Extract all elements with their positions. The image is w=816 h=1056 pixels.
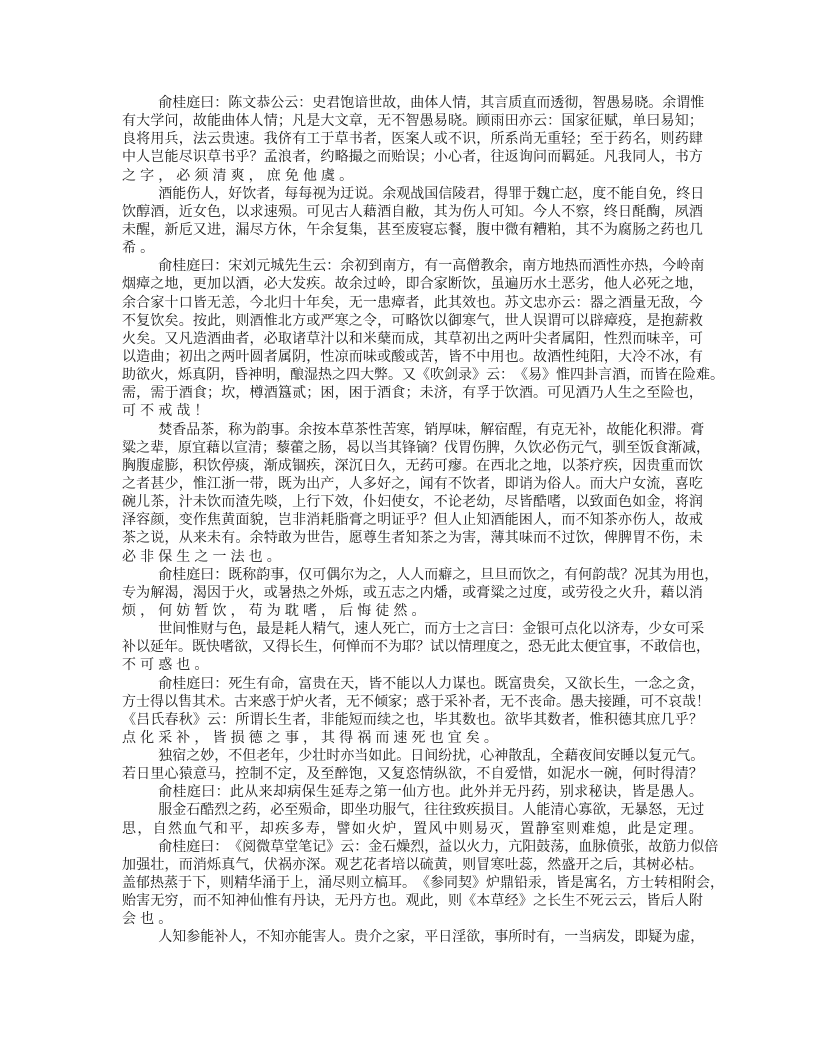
text-line: 俞桂庭曰：陈文恭公云：史君饱谙世故，曲体人情，其言质直而透彻，智愚易晓。余谓惟 [122,94,703,112]
text-line: 俞桂庭曰：死生有命，富贵在天，皆不能以人力谋也。既富贵矣，又欲长生，一念之贪， [122,675,703,693]
text-line: 专为解渴，渴因于火，或暑热之外烁，或五志之内燔，或膏粱之过度，或劳役之火升，藉以… [122,584,703,602]
text-line: 粱之辈，原宜藉以宣清；藜藿之肠，曷以当其锋镝？伐胃伤脾，久饮必伤元气，驯至饭食渐… [122,439,703,457]
text-line: 可不戒哉！ [122,402,703,420]
paragraph: 焚香品茶，称为韵事。余按本草茶性苦寒，销厚味，解宿酲，有克无补，故能化积滞。膏粱… [122,421,703,566]
text-line: 贻害无穷，而不知神仙惟有丹诀，无丹方也。观此，则《本草经》之长生不死云云，皆后人… [122,892,703,910]
document-page: 俞桂庭曰：陈文恭公云：史君饱谙世故，曲体人情，其言质直而透彻，智愚易晓。余谓惟有… [122,94,703,947]
paragraph: 俞桂庭曰：陈文恭公云：史君饱谙世故，曲体人情，其言质直而透彻，智愚易晓。余谓惟有… [122,94,703,185]
text-line: 《吕氏春秋》云：所谓长生者，非能短而续之也，毕其数也。欲毕其数者，惟积德其庶几乎… [122,711,703,729]
text-line: 胸腹虚膨，积饮停痰，渐成锢疾，深沉日久，无药可瘳。在西北之地，以茶疗疾，因贵重而… [122,457,703,475]
text-line: 独宿之妙，不但老年，少壮时亦当如此。日间纷扰，心神散乱，全藉夜间安睡以复元气。 [122,747,703,765]
text-line: 饮醇酒，近女色，以求速殒。可见古人藉酒自敝，其为伤人可知。今人不察，终日酕醄，夙… [122,203,703,221]
text-line: 中人岂能尽识草书乎？孟浪者，约略撮之而贻误；小心者，往返询问而羁延。凡我同人，书… [122,148,703,166]
paragraph: 俞桂庭曰：既称韵事，仅可偶尔为之，人人而癖之，旦旦而饮之，有何韵哉？况其为用也，… [122,566,703,620]
text-line: 茶之说，从来未有。余特敢为世告，愿尊生者知茶之为害，薄其味而不过饮，俾脾胃不伤，… [122,529,703,547]
text-line: 不可惑也。 [122,656,703,674]
text-line: 会也。 [122,910,703,928]
paragraph: 俞桂庭曰：宋刘元城先生云：余初到南方，有一高僧教余，南方地热而酒性亦热，今岭南烟… [122,257,703,420]
text-line: 碗儿茶，汁未饮而渣先啖，上行下效，仆妇使女，不论老幼，尽皆酷嗜，以致面色如金，将… [122,493,703,511]
text-line: 需，需于酒食；坎，樽酒簋贰；困，困于酒食；未济，有孚于饮酒。可见酒乃人生之至险也… [122,384,703,402]
text-line: 加强壮，而消烁真气，伏祸亦深。观艺花者培以硫黄，则冒寒吐蕊，然盛开之后，其树必枯… [122,856,703,874]
text-line: 俞桂庭曰：此从来却病保生延寿之第一仙方也。此外并无丹药，别求秘诀，皆是愚人。 [122,783,703,801]
text-line: 泽容颜，变作焦黄面貌，岂非消耗脂膏之明证乎？但人止知酒能困人，而不知茶亦伤人，故… [122,511,703,529]
text-line: 助欲火，烁真阴，昏神明，酿湿热之四大弊。又《吹剑录》云：《易》惟四卦言酒，而皆在… [122,366,703,384]
text-line: 之者甚少，惟江浙一带，既为出产，人多好之，闻有不饮者，即诮为俗人。而大户女流，喜… [122,475,703,493]
text-line: 烟瘴之地，更加以酒，必大发疾。故余过岭，即合家断饮，虽遍历水土恶劣，他人必死之地… [122,275,703,293]
paragraph: 俞桂庭曰：《阅微草堂笔记》云：金石燥烈，益以火力，亢阳鼓荡，血脉偾张，故筋力似倍… [122,838,703,929]
text-line: 以造曲；初出之两叶圆者属阴，性凉而味或酸或苦，皆不中用也。故酒性纯阳，大冷不冰，… [122,348,703,366]
paragraph: 俞桂庭曰：死生有命，富贵在天，皆不能以人力谋也。既富贵矣，又欲长生，一念之贪，方… [122,675,703,748]
text-line: 点化采补，皆损德之事，其得祸而速死也宜矣。 [122,729,703,747]
text-line: 若日里心猿意马，控制不定，及至醉饱，又复恣情纵欲，不自爱惜，如泥水一碗，何时得清… [122,765,703,783]
text-line: 焚香品茶，称为韵事。余按本草茶性苦寒，销厚味，解宿酲，有克无补，故能化积滞。膏 [122,421,703,439]
text-line: 未醒，新卮又进，漏尽方休，午余复集，甚至废寝忘餐，腹中微有糟粕，其不为腐肠之药也… [122,221,703,239]
text-line: 人知参能补人，不知亦能害人。贵介之家，平日淫欲，事所时有，一当病发，即疑为虚， [122,928,703,946]
paragraph: 人知参能补人，不知亦能害人。贵介之家，平日淫欲，事所时有，一当病发，即疑为虚， [122,928,703,946]
text-line: 酒能伤人，好饮者，每每视为迂说。余观战国信陵君，得罪于魏亡赵，度不能自免，终日 [122,185,703,203]
text-line: 方士得以售其术。古来惑于炉火者，无不倾家；惑于采补者，无不丧命。愚夫接踵，可不哀… [122,693,703,711]
text-line: 补以延年。既快嗜欲，又得长生，何惮而不为耶？试以情理度之，恐无此太便宜事，不敢信… [122,638,703,656]
text-line: 俞桂庭曰：既称韵事，仅可偶尔为之，人人而癖之，旦旦而饮之，有何韵哉？况其为用也， [122,566,703,584]
text-line: 不复饮矣。按此，则酒惟北方或严寒之令，可略饮以御寒气，世人误谓可以辟瘴疫，是抱薪… [122,312,703,330]
paragraph: 服金石酷烈之药，必至殒命，即坐功服气，往往致疾损目。人能清心寡欲，无暴怒，无过思… [122,801,703,837]
text-line: 服金石酷烈之药，必至殒命，即坐功服气，往往致疾损目。人能清心寡欲，无暴怒，无过 [122,801,703,819]
text-line: 俞桂庭曰：《阅微草堂笔记》云：金石燥烈，益以火力，亢阳鼓荡，血脉偾张，故筋力似倍 [122,838,703,856]
text-line: 思，自然血气和平，却疾多寿，譬如火炉，置风中则易灭，置静室则难熄，此是定理。 [122,820,703,838]
text-line: 余合家十口皆无恙，今北归十年矣，无一患瘴者，此其效也。苏文忠亦云：器之酒量无敌，… [122,294,703,312]
paragraph: 世间惟财与色，最是耗人精气，速人死亡，而方士之言曰：金银可点化以济寿，少女可采补… [122,620,703,674]
text-line: 良将用兵，法云贵速。我侪有工于草书者，医案人或不识，所系尚无重轻；至于药名，则药… [122,130,703,148]
text-line: 希。 [122,239,703,257]
text-line: 俞桂庭曰：宋刘元城先生云：余初到南方，有一高僧教余，南方地热而酒性亦热，今岭南 [122,257,703,275]
text-line: 盖郁热蒸于下，则精华涌于上，涌尽则立槁耳。《参同契》炉鼎铅汞，皆是寓名，方士转相… [122,874,703,892]
paragraph: 独宿之妙，不但老年，少壮时亦当如此。日间纷扰，心神散乱，全藉夜间安睡以复元气。若… [122,747,703,783]
text-line: 烦，何妨暂饮，苟为耽嗜，后悔徒然。 [122,602,703,620]
text-line: 世间惟财与色，最是耗人精气，速人死亡，而方士之言曰：金银可点化以济寿，少女可采 [122,620,703,638]
text-line: 火矣。又凡造酒曲者，必取诸草汁以和米蘖而成，其草初出之两叶尖者属阳，性烈而味辛，… [122,330,703,348]
text-line: 必非保生之一法也。 [122,548,703,566]
paragraph: 酒能伤人，好饮者，每每视为迂说。余观战国信陵君，得罪于魏亡赵，度不能自免，终日饮… [122,185,703,258]
text-line: 之字，必须清爽，庶免他虞。 [122,167,703,185]
paragraph: 俞桂庭曰：此从来却病保生延寿之第一仙方也。此外并无丹药，别求秘诀，皆是愚人。 [122,783,703,801]
text-line: 有大学问，故能曲体人情；凡是大文章，无不智愚易晓。顾雨田亦云：国家征赋，单曰易知… [122,112,703,130]
